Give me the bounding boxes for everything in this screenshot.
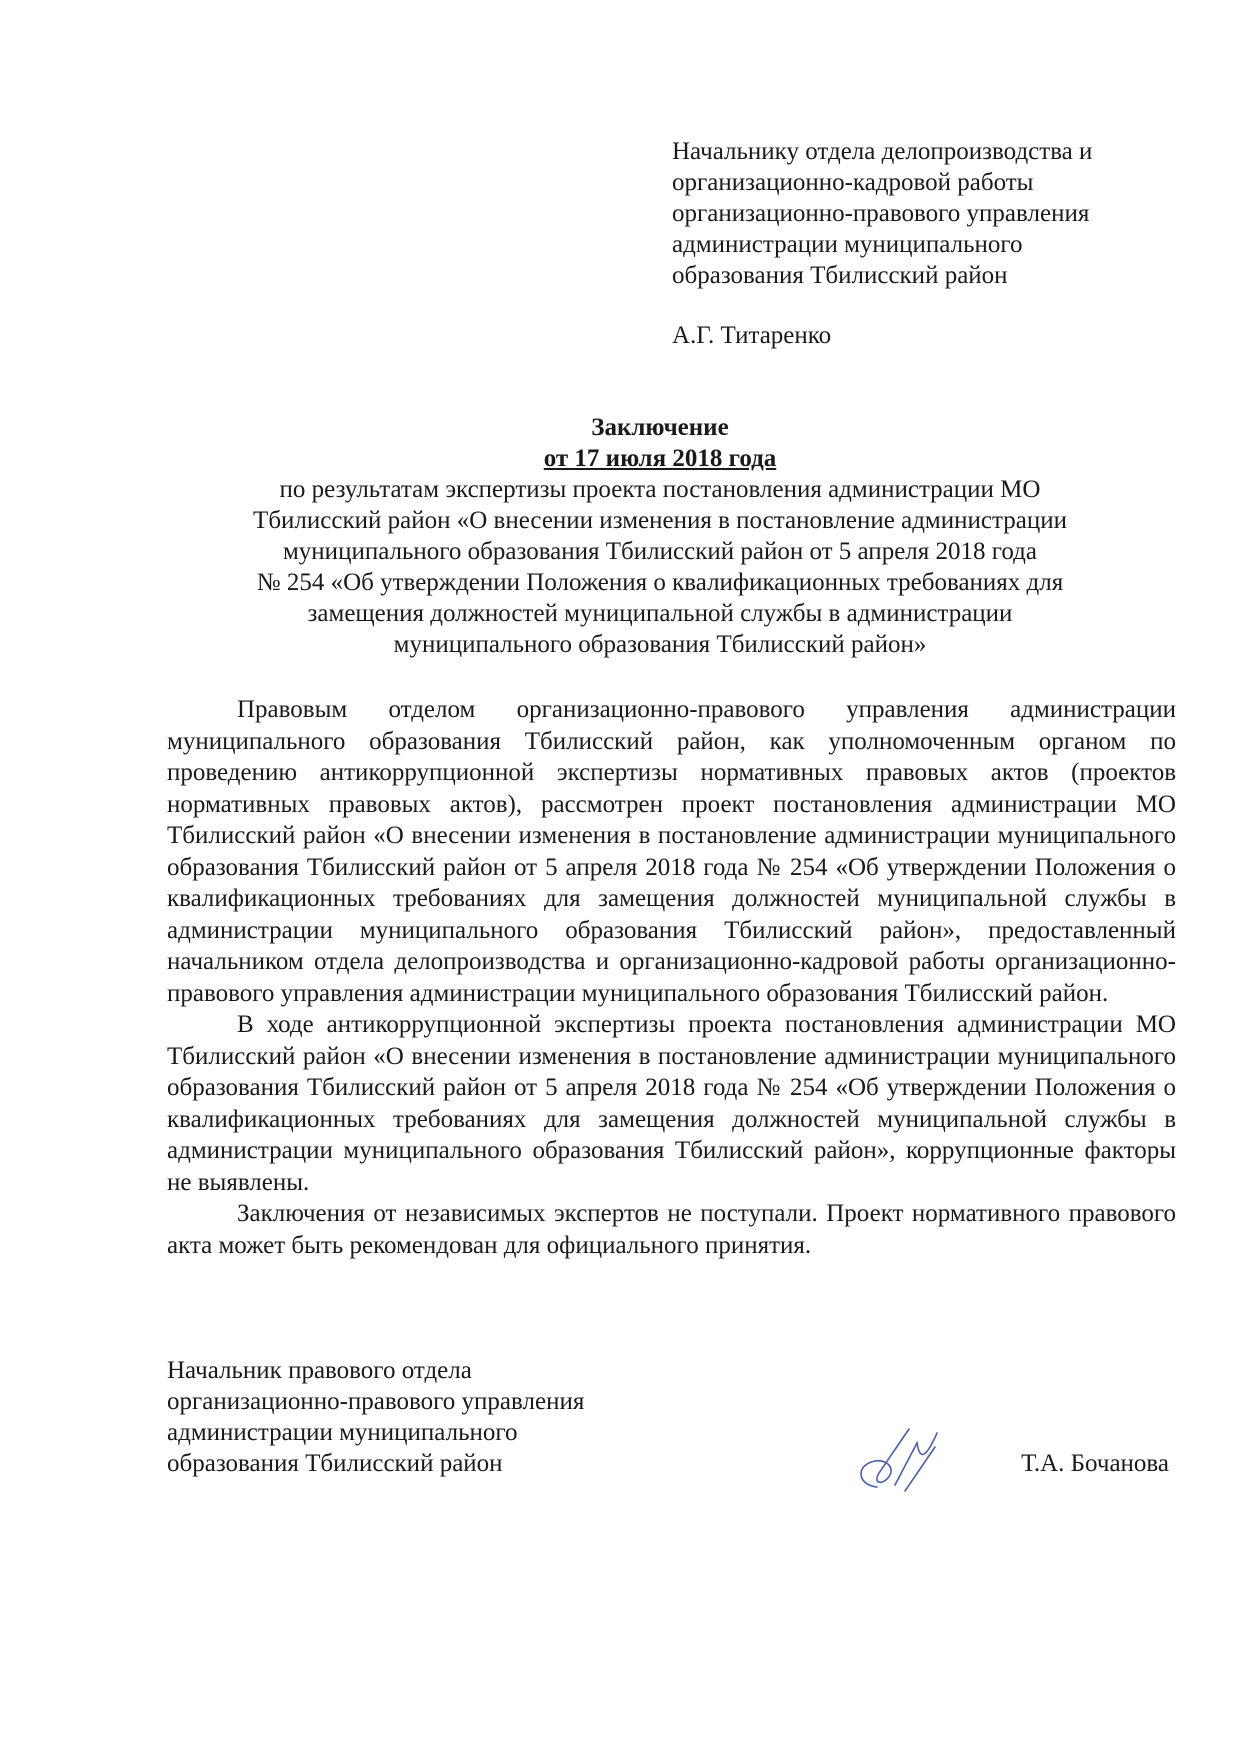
subject-line: муниципального образования Тбилисский ра…	[160, 536, 1160, 567]
signature-block: Начальник правового отдела организационн…	[167, 1355, 1176, 1479]
addressee-block: Начальнику отдела делопроизводства и орг…	[672, 136, 1192, 351]
subject-line: муниципального образования Тбилисский ра…	[160, 629, 1160, 660]
addressee-line: Начальнику отдела делопроизводства и	[672, 136, 1192, 167]
addressee-line: организационно-кадровой работы	[672, 167, 1192, 198]
addressee-line: администрации муниципального	[672, 229, 1192, 260]
subject-line: № 254 «Об утверждении Положения о квалиф…	[160, 567, 1160, 598]
signatory-name: Т.А. Бочанова	[1021, 1448, 1169, 1479]
position-line: администрации муниципального	[167, 1417, 687, 1448]
body-paragraph: В ходе антикоррупционной экспертизы прое…	[167, 1009, 1176, 1198]
addressee-line: образования Тбилисский район	[672, 260, 1192, 291]
subject-line: по результатам экспертизы проекта постан…	[160, 474, 1160, 505]
body-paragraph: Заключения от независимых экспертов не п…	[167, 1198, 1176, 1261]
body-paragraph: Правовым отделом организационно-правовог…	[167, 694, 1176, 1009]
document-body: Правовым отделом организационно-правовог…	[167, 694, 1176, 1261]
document-title: Заключение от 17 июля 2018 года по резул…	[160, 412, 1160, 660]
subject-line: замещения должностей муниципальной служб…	[160, 598, 1160, 629]
position-line: организационно-правового управления	[167, 1386, 687, 1417]
position-line: Начальник правового отдела	[167, 1355, 687, 1386]
handwritten-signature-icon	[847, 1425, 957, 1495]
position-line: образования Тбилисский район	[167, 1448, 687, 1479]
signatory-position: Начальник правового отдела организационн…	[167, 1355, 687, 1479]
addressee-line: организационно-правового управления	[672, 198, 1192, 229]
title-date: от 17 июля 2018 года	[544, 445, 777, 472]
subject-line: Тбилисский район «О внесении изменения в…	[160, 505, 1160, 536]
addressee-name: А.Г. Титаренко	[672, 320, 1192, 351]
title-heading: Заключение	[160, 412, 1160, 443]
